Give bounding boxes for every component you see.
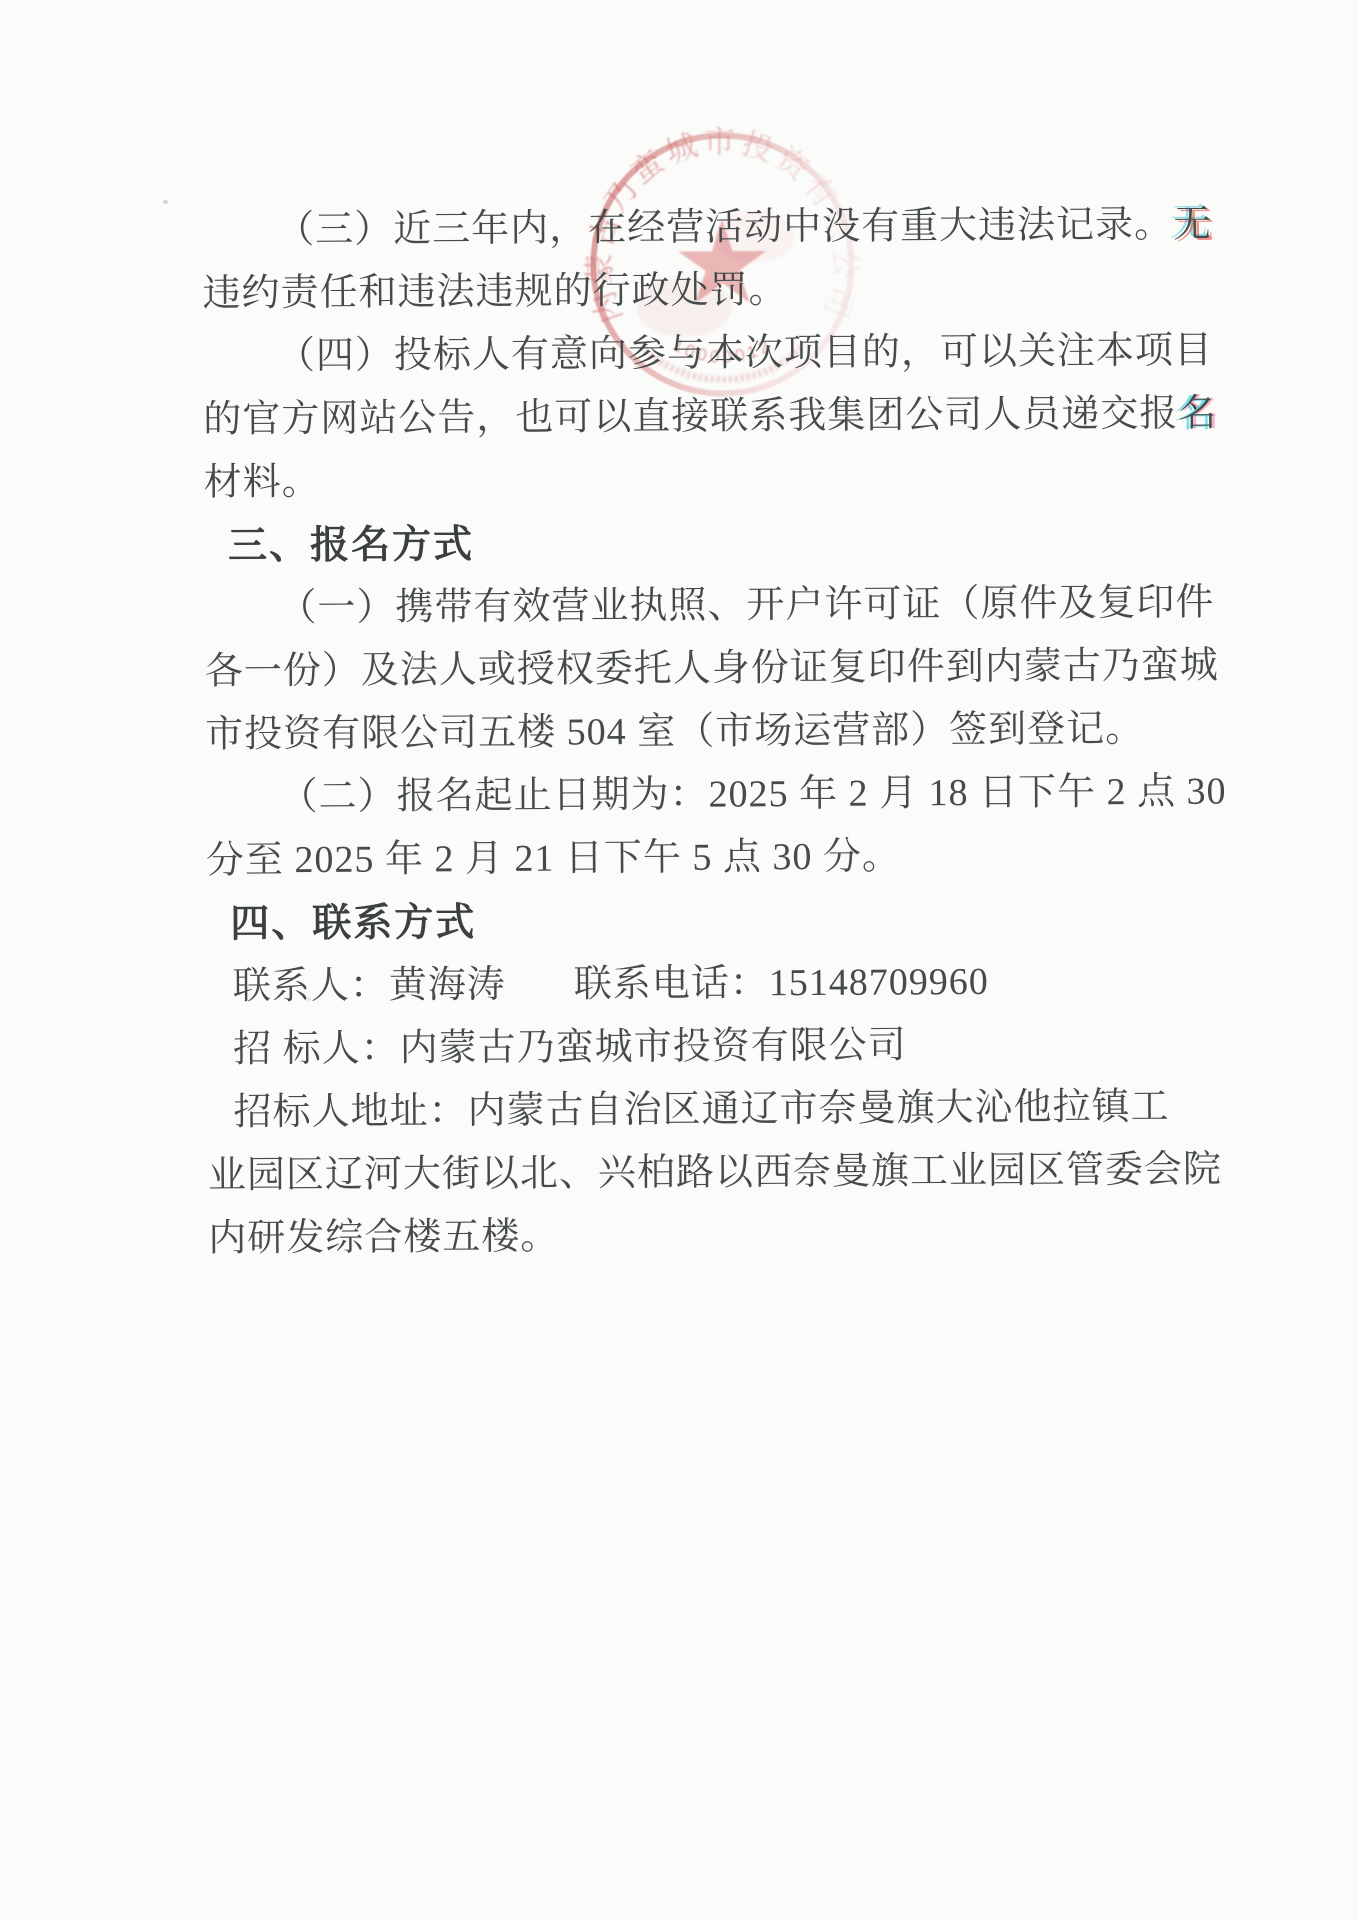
bidder-address-line-1: 招标人地址：内蒙古自治区通辽市奈曼旗大沁他拉镇工 bbox=[207, 1075, 1247, 1144]
doc-line-4: 的官方网站公告，也可以直接联系我集团公司人员递交报名 bbox=[203, 382, 1243, 451]
contact-person: 联系人：黄海涛 bbox=[233, 964, 506, 1008]
doc-line-8: 各一份）及法人或授权委托人身份证复印件到内蒙古乃蛮城 bbox=[205, 634, 1245, 703]
doc-line-10: （二）报名起止日期为：2025 年 2 月 18 日下午 2 点 30 bbox=[205, 760, 1245, 829]
bidder-address-line-2: 业园区辽河大街以北、兴柏路以西奈曼旗工业园区管委会院 bbox=[208, 1138, 1248, 1207]
line-text: （三）近三年内，在经营活动中没有重大违法记录。 bbox=[276, 204, 1173, 251]
doc-line-7: （一）携带有效营业执照、开户许可证（原件及复印件 bbox=[204, 571, 1244, 640]
bidder-line: 招 标人：内蒙古乃蛮城市投资有限公司 bbox=[207, 1012, 1247, 1081]
section-heading-contact: 四、联系方式 bbox=[206, 886, 1246, 955]
scan-speckle bbox=[307, 997, 311, 1001]
line-text: 的官方网站公告，也可以直接联系我集团公司人员递交报 bbox=[203, 393, 1178, 441]
doc-line-2: 违约责任和违法违规的行政处罚。 bbox=[202, 256, 1242, 325]
document-text: （三）近三年内，在经营活动中没有重大违法记录。无 违约责任和违法违规的行政处罚。… bbox=[202, 193, 1249, 1270]
doc-line-5: 材料。 bbox=[203, 445, 1243, 514]
section-heading-registration: 三、报名方式 bbox=[204, 508, 1244, 577]
contact-row: 联系人：黄海涛联系电话：15148709960 bbox=[207, 949, 1247, 1018]
doc-line-11: 分至 2025 年 2 月 21 日下午 5 点 30 分。 bbox=[206, 823, 1246, 892]
page-content: 内蒙古乃蛮城市投资有限公司 10000012 （三）近三年内，在经营活动中没有重… bbox=[0, 0, 1358, 1920]
contact-phone: 联系电话：15148709960 bbox=[574, 961, 989, 1006]
doc-line-9: 市投资有限公司五楼 504 室（市场运营部）签到登记。 bbox=[205, 697, 1245, 766]
fringed-char: 名 bbox=[1178, 393, 1217, 435]
bidder-address-line-3: 内研发综合楼五楼。 bbox=[208, 1201, 1248, 1270]
fringed-char: 无 bbox=[1173, 204, 1212, 246]
doc-line-1: （三）近三年内，在经营活动中没有重大违法记录。无 bbox=[202, 193, 1242, 262]
scan-speckle bbox=[163, 200, 168, 204]
scanned-document-page: 内蒙古乃蛮城市投资有限公司 10000012 （三）近三年内，在经营活动中没有重… bbox=[0, 0, 1358, 1920]
doc-line-3: （四）投标人有意向参与本次项目的，可以关注本项目 bbox=[203, 319, 1243, 388]
